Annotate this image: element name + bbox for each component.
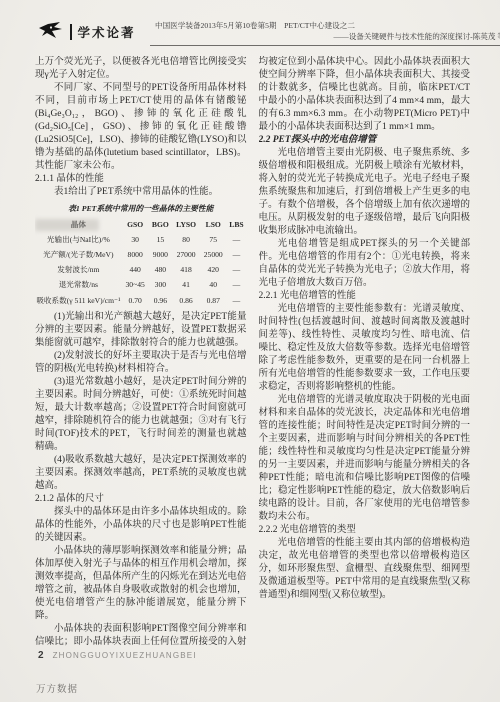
page-header: 学术论著 中国医学装备2013年5月第10卷第5期 PET/CT中心建设之二 —… <box>35 20 470 52</box>
table-row: 光输出(与NaI比)/%30158075— <box>35 232 247 247</box>
section-label: 学术论著 <box>78 23 136 41</box>
table-cell: — <box>226 232 246 247</box>
paragraph: 小晶体块的表面积影响PET图像空间分辨率和信噪比；即小晶体块表面上任何位置所接受… <box>35 623 247 648</box>
section-heading-211: 2.1.1 晶体的性能 <box>35 173 247 186</box>
left-column: 上万个荧光光子，以便被各光电倍增管比例接受实现γ光子入射定位。 不同厂家、不同型… <box>35 56 247 648</box>
table-cell: 0.70 <box>122 293 149 308</box>
right-column: 均被定位到小晶体块中心。因此小晶体块表面积大使空间分辨率下降，但小晶体块表面积大… <box>259 56 471 648</box>
paragraph: 上万个荧光光子，以便被各光电倍增管比例接受实现γ光子入射定位。 <box>35 56 247 82</box>
table-row-label: 吸收系数(γ 511 keV)/cm⁻¹ <box>35 293 122 308</box>
scan-smudge <box>35 219 99 231</box>
table-cell: 420 <box>200 263 226 278</box>
paragraph: 小晶体块的薄厚影响探测效率和能量分辨；晶体加厚使入射光子与晶体的相互作用机会增加… <box>35 545 247 623</box>
article-title-line: ——设备关键硬件与技术性能的深度探讨-陈英茂 等 <box>150 31 500 42</box>
table-cell: 480 <box>149 263 173 278</box>
paragraph: (2)发射波长的好坏主要取决于是否与光电倍增管的阴极(光电转换)材料相符合。 <box>35 350 247 376</box>
table-cell: 0.86 <box>172 293 200 308</box>
table-cell: — <box>226 247 246 262</box>
table-cell: 25000 <box>200 247 226 262</box>
table-col-header: LYSO <box>172 217 200 232</box>
table-cell: 418 <box>172 263 200 278</box>
table-row-label: 光产额/(光子数/MeV) <box>35 247 122 262</box>
table-cell: 80 <box>172 232 200 247</box>
article-body: 上万个荧光光子，以便被各光电倍增管比例接受实现γ光子入射定位。 不同厂家、不同型… <box>35 56 470 648</box>
table-cell: 30~45 <box>122 278 149 293</box>
table-cell: 41 <box>172 278 200 293</box>
table-cell: 30 <box>122 232 149 247</box>
section-heading-212: 2.1.2 晶体的尺寸 <box>35 493 247 506</box>
paragraph: 光电倍增管是组成PET探头的另一个关键部件。光电倍增管的作用有2个：①光电转换，… <box>259 238 471 290</box>
section-heading-22: 2.2 PET探头中的光电倍增管 <box>259 134 471 147</box>
paragraph: 光电倍增管的光谱灵敏度取决于阴极的光电面材料和来自晶体的荧光波长，决定晶体和光电… <box>259 394 471 524</box>
header-divider <box>70 24 72 40</box>
table-row-label: 退光常数/ns <box>35 278 122 293</box>
table-cell: 27000 <box>172 247 200 262</box>
journal-page: 学术论著 中国医学装备2013年5月第10卷第5期 PET/CT中心建设之二 —… <box>0 0 500 702</box>
section-heading-222: 2.2.2 光电倍增管的类型 <box>259 524 471 537</box>
paragraph: 光电倍增管主要由光阴极、电子聚焦系统、多级倍增极和阳极组成。光阴极上喷涂有光敏材… <box>259 147 471 238</box>
paragraph: 均被定位到小晶体块中心。因此小晶体块表面积大使空间分辨率下降，但小晶体块表面积大… <box>259 56 471 134</box>
paragraph: (4)吸收系数越大越好，是决定PET探测效率的主要因素。探测效率越高，PET系统… <box>35 454 247 493</box>
table-cell: 75 <box>200 232 226 247</box>
paragraph: 光电倍增管的主要性能参数有：光谱灵敏度、时间特性(包括渡越时间、渡越时间离散及渡… <box>259 303 471 394</box>
table-cell: 9000 <box>149 247 173 262</box>
journal-romanized-name: ZHONGGUOYIXUEZHUANGBEI <box>53 651 197 660</box>
header-left: 学术论著 <box>38 22 136 42</box>
table-cell: 8000 <box>122 247 149 262</box>
table-col-header: BGO <box>149 217 173 232</box>
table-cell: 300 <box>149 278 173 293</box>
table-row: 吸收系数(γ 511 keV)/cm⁻¹0.700.960.860.87— <box>35 293 247 308</box>
table-cell: 15 <box>149 232 173 247</box>
paragraph: 探头中的晶体环是由许多小晶体块组成的。除晶体的性能外，小晶体块的尺寸也是影响PE… <box>35 506 247 545</box>
paragraph: 不同厂家、不同型号的PET设备所用晶体材料不同，目前市场上PET/CT使用的晶体… <box>35 82 247 173</box>
table-col-header: LSO <box>200 217 226 232</box>
paragraph: (3)退光常数越小越好，是决定PET时间分辨的主要因素。时间分辨越好，可使：①系… <box>35 376 247 454</box>
table-cell: 0.87 <box>200 293 226 308</box>
wanfang-watermark: 万方数据 <box>36 681 78 695</box>
table-wrap: 晶体GSOBGOLYSOLSOLBS 光输出(与NaI比)/%30158075—… <box>35 217 247 308</box>
table-row: 退光常数/ns30~453004140— <box>35 278 247 293</box>
table-row-label: 发射波长/nm <box>35 263 122 278</box>
table-caption: 表1 PET系统中常用的一些晶体的主要性能 <box>35 202 247 215</box>
table-cell: 0.96 <box>149 293 173 308</box>
table-row: 光产额/(光子数/MeV)800090002700025000— <box>35 247 247 262</box>
table-row: 发射波长/nm440480418420— <box>35 263 247 278</box>
table-row-label: 光输出(与NaI比)/% <box>35 232 122 247</box>
page-number: 2 <box>38 650 44 661</box>
table-cell: — <box>226 263 246 278</box>
paragraph: (1)光输出和光产额越大越好，是决定PET能量分辨的主要因素。能量分辨越好，设置… <box>35 311 247 350</box>
paragraph: 光电倍增管的性能主要由其内部的倍增极构造决定，故光电倍增管的类型也常以倍增极构造… <box>259 537 471 602</box>
journal-info: 中国医学装备2013年5月第10卷第5期 PET/CT中心建设之二 ——设备关键… <box>150 20 500 46</box>
table-cell: 40 <box>200 278 226 293</box>
table-col-header: GSO <box>122 217 149 232</box>
paragraph: 表1给出了PET系统中常用晶体的性能。 <box>35 186 247 199</box>
crystal-table-body: 光输出(与NaI比)/%30158075—光产额/(光子数/MeV)800090… <box>35 232 247 308</box>
journal-issue-line: 中国医学装备2013年5月第10卷第5期 PET/CT中心建设之二 <box>150 20 500 31</box>
table-cell: — <box>226 293 246 308</box>
table-col-header: LBS <box>226 217 246 232</box>
table-cell: 440 <box>122 263 149 278</box>
table-cell: — <box>226 278 246 293</box>
section-heading-221: 2.2.1 光电倍增管的性能 <box>259 290 471 303</box>
page-footer: 2 ZHONGGUOYIXUEZHUANGBEI <box>38 650 197 661</box>
journal-logo-icon <box>38 22 64 42</box>
